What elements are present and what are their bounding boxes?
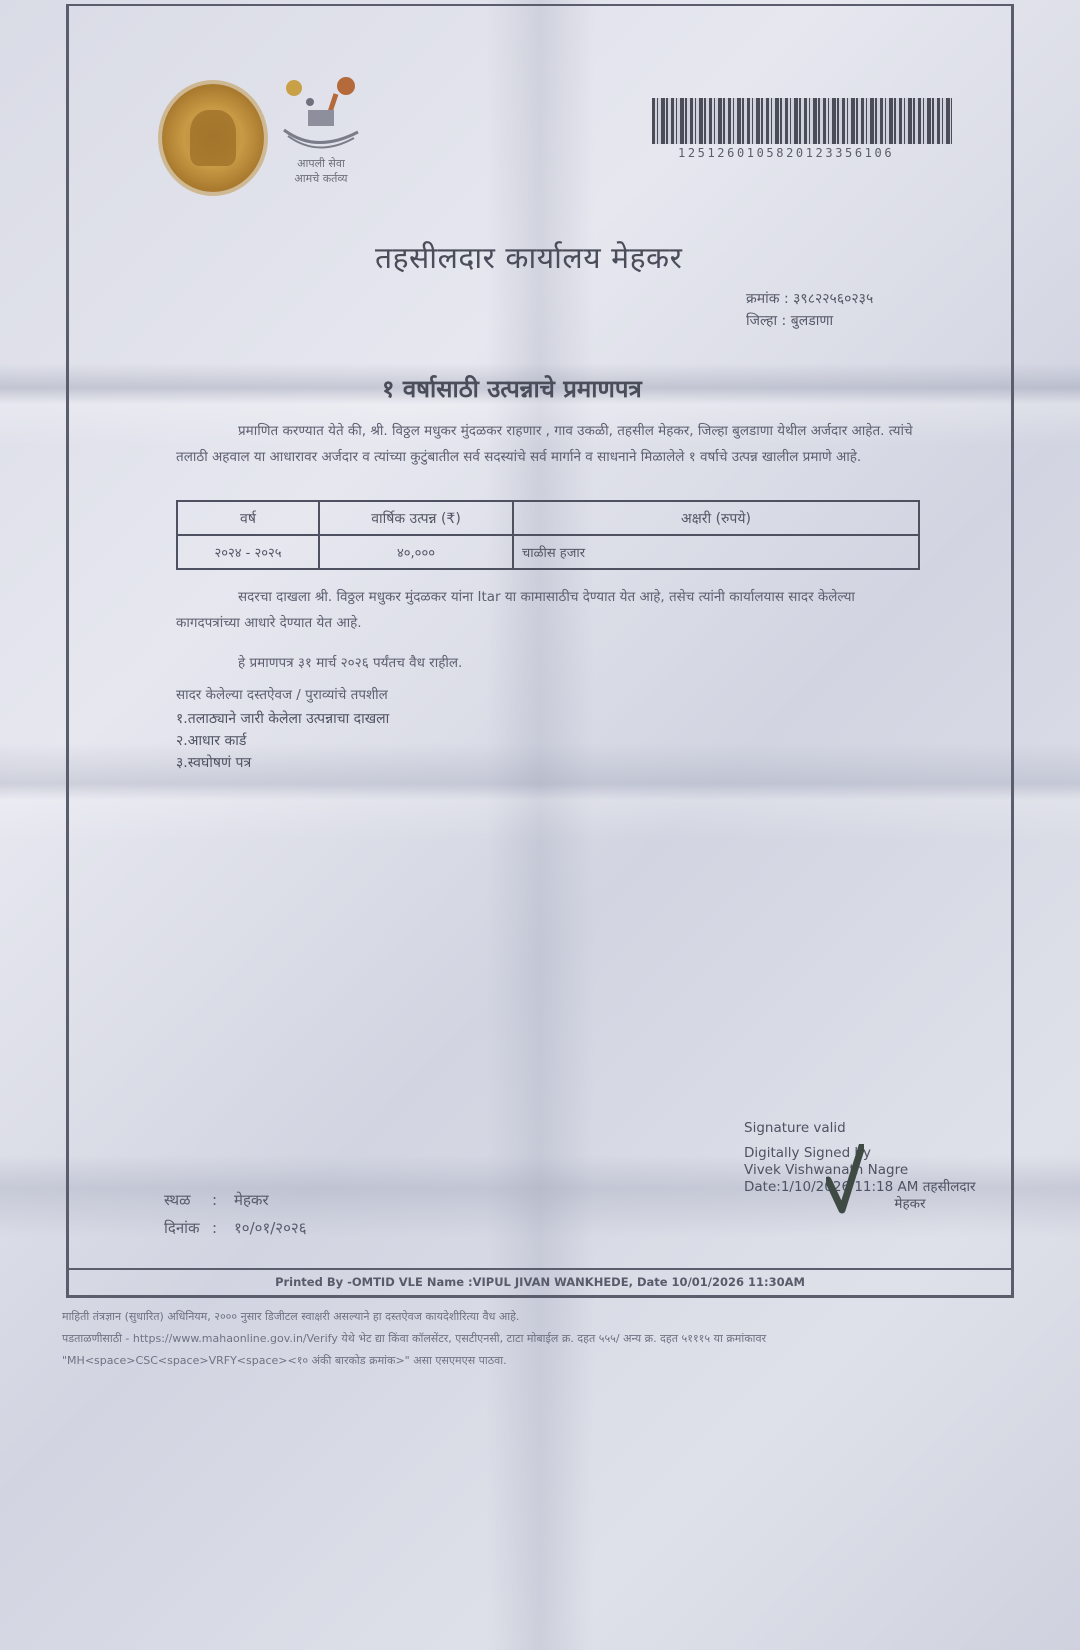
header-amount-in-words: अक्षरी (रुपये) [513,501,919,535]
certificate-purpose: सदरचा दाखला श्री. विठ्ठल मधुकर मुंदळकर य… [176,584,920,636]
document-item: २.आधार कार्ड [176,730,389,752]
date-label: दिनांक [164,1214,212,1242]
header-year: वर्ष [177,501,319,535]
header-annual-income: वार्षिक उत्पन्न (₹) [319,501,513,535]
income-table-header: वर्ष वार्षिक उत्पन्न (₹) अक्षरी (रुपये) [177,501,919,535]
footer-line: "MH<space>CSC<space>VRFY<space><१० अंकी … [62,1350,1072,1372]
logo-caption-line-1: आपली सेवा [276,156,366,171]
certificate-validity: हे प्रमाणपत्र ३१ मार्च २०२६ पर्यंतच वैध … [176,650,920,676]
certificate-intro: प्रमाणित करण्यात येते की, श्री. विठ्ठल म… [176,418,920,470]
logo-caption-line-2: आमचे कर्तव्य [276,171,366,186]
document-item: ३.स्वघोषणं पत्र [176,752,389,774]
serial-label: क्रमांक [746,291,780,307]
state-emblem-seal-icon [162,84,264,192]
footer-line: माहिती तंत्रज्ञान (सुधारित) अधिनियम, २००… [62,1306,1072,1328]
signature-status: Signature valid [744,1120,976,1137]
printed-by-line: Printed By -OMTID VLE Name :VIPUL JIVAN … [66,1268,1014,1294]
barcode [652,98,952,144]
cell-amount-words: चाळीस हजार [513,535,919,569]
aaple-sarkar-logo: आपली सेवा आमचे कर्तव्य [276,74,366,194]
place-value: मेहकर [234,1191,269,1209]
district-label: जिल्हा [746,313,777,329]
logo-caption: आपली सेवा आमचे कर्तव्य [276,156,366,186]
office-title: तहसीलदार कार्यालय मेहकर [375,236,682,277]
serial-value: ३९८२२५६०२३५ [793,291,873,307]
signature-valid-checkmark-icon [826,1144,864,1214]
certificate-title: १ वर्षासाठी उत्पन्नाचे प्रमाणपत्र [382,372,642,405]
verification-footer: माहिती तंत्रज्ञान (सुधारित) अधिनियम, २००… [62,1306,1072,1372]
hand-service-logo-icon [276,74,366,154]
submitted-documents: सादर केलेल्या दस्तऐवज / पुराव्यांचे तपशी… [176,684,389,774]
cell-income: ४०,००० [319,535,513,569]
document-item: १.तलाठ्याने जारी केलेला उत्पन्नाचा दाखला [176,708,389,730]
table-row: २०२४ - २०२५ ४०,००० चाळीस हजार [177,535,919,569]
place-and-date: स्थळ:मेहकर दिनांक:१०/०१/२०२६ [164,1186,307,1242]
barcode-number: 1251260105820123356106 [678,146,938,160]
documents-heading: सादर केलेल्या दस्तऐवज / पुराव्यांचे तपशी… [176,684,389,706]
district-value: बुलडाणा [791,313,833,329]
place-label: स्थळ [164,1186,212,1214]
date-value: १०/०१/२०२६ [234,1219,307,1237]
signer-designation: तहसीलदार [923,1179,976,1195]
cell-year: २०२४ - २०२५ [177,535,319,569]
footer-line: पडताळणीसाठी - https://www.mahaonline.gov… [62,1328,1072,1350]
income-table: वर्ष वार्षिक उत्पन्न (₹) अक्षरी (रुपये) … [176,500,920,570]
certificate-meta: क्रमांक : ३९८२२५६०२३५ जिल्हा : बुलडाणा [746,288,873,332]
